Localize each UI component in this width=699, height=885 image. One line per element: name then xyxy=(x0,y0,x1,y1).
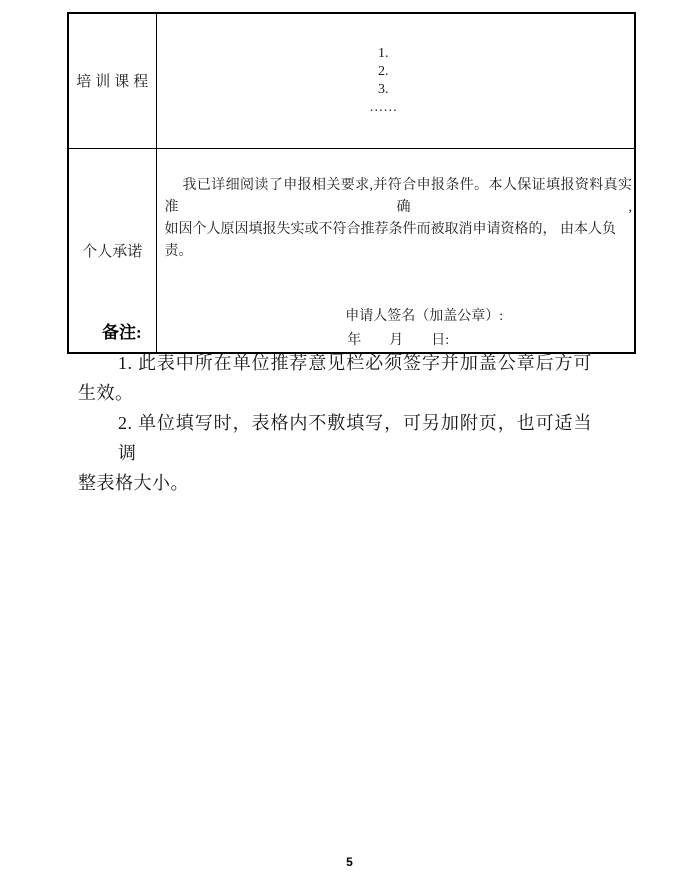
pledge-statement-line-1: 我已详细阅读了申报相关要求,并符合申报条件。本人保证填报资料真实准确, xyxy=(165,175,633,219)
table-row-training-courses: 培训课程 1. 2. 3. …… xyxy=(68,13,635,148)
row-label-training-courses: 培训课程 xyxy=(68,13,156,148)
training-courses-label: 培训课程 xyxy=(76,74,152,90)
training-courses-cell: 1. 2. 3. …… xyxy=(156,13,635,148)
application-form-table: 培训课程 1. 2. 3. …… 个人承诺 我已详细阅读了申报相关要求,并符合申… xyxy=(67,12,636,354)
note-item-2-line-1: 2. 单位填写时，表格内不敷填写，可另加附页，也可适当调 xyxy=(78,408,592,468)
note-item-1-line-2: 生效。 xyxy=(78,378,592,408)
course-list: 1. 2. 3. …… xyxy=(157,45,635,117)
note-item-1-line-1: 1. 此表中所在单位推荐意见栏必须签字并加盖公章后方可 xyxy=(78,348,592,378)
notes-heading: 备注: xyxy=(102,318,592,348)
document-page: 培训课程 1. 2. 3. …… 个人承诺 我已详细阅读了申报相关要求,并符合申… xyxy=(0,0,699,885)
course-list-item: 1. xyxy=(157,45,611,63)
note-item-2-line-2: 整表格大小。 xyxy=(78,468,592,498)
course-list-item: 2. xyxy=(157,63,611,81)
personal-pledge-label: 个人承诺 xyxy=(82,244,142,260)
course-list-item: 3. xyxy=(157,81,611,99)
course-list-ellipsis: …… xyxy=(157,99,611,117)
page-number: 5 xyxy=(0,855,699,869)
notes-section: 备注: 1. 此表中所在单位推荐意见栏必须签字并加盖公章后方可 生效。 2. 单… xyxy=(78,318,592,498)
pledge-statement-line-2: 如因个人原因填报失实或不符合推荐条件而被取消申请资格的， 由本人负责。 xyxy=(165,219,633,263)
